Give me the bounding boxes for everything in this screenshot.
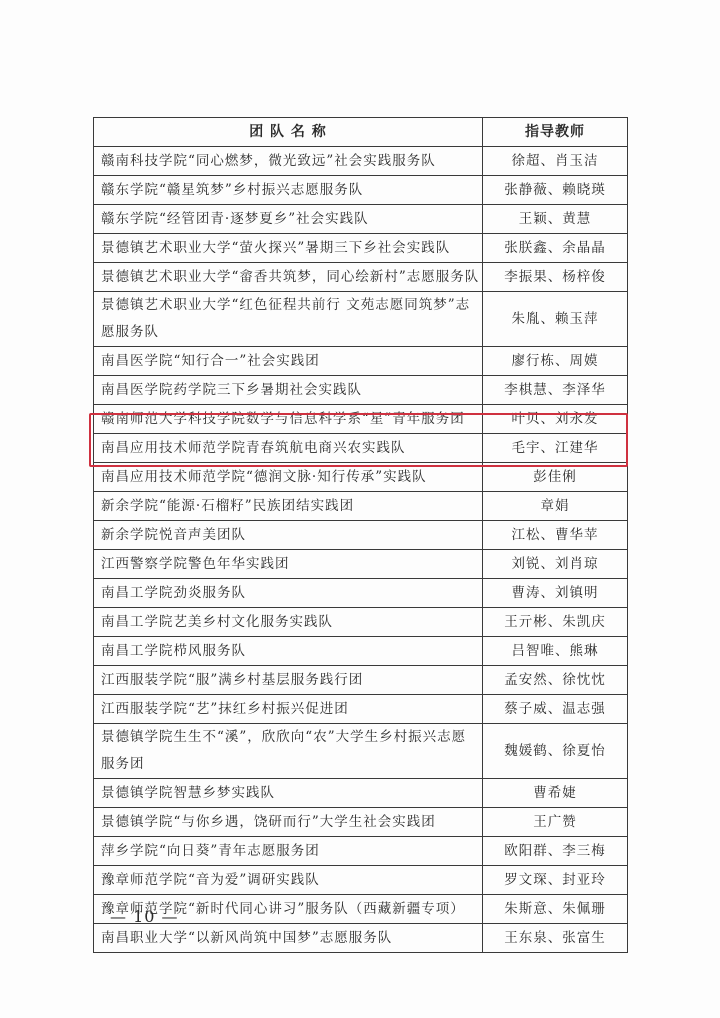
team-name-cell: 萍乡学院“向日葵”青年志愿服务团 xyxy=(94,837,483,866)
teacher-cell: 廖行栋、周嫫 xyxy=(483,347,628,376)
team-name-cell: 新余学院悦音声美团队 xyxy=(94,521,483,550)
table-row: 南昌工学院艺美乡村文化服务实践队王亓彬、朱凯庆 xyxy=(94,608,628,637)
team-name-cell: 景德镇学院“与你乡遇，饶研而行”大学生社会实践团 xyxy=(94,808,483,837)
team-name-cell: 南昌工学院艺美乡村文化服务实践队 xyxy=(94,608,483,637)
teacher-cell: 李棋慧、李泽华 xyxy=(483,376,628,405)
table-row: 景德镇艺术职业大学“萤火探兴”暑期三下乡社会实践队张朕鑫、余晶晶 xyxy=(94,234,628,263)
teacher-cell: 江松、曹华苹 xyxy=(483,521,628,550)
teacher-cell: 徐超、肖玉洁 xyxy=(483,147,628,176)
table-row: 新余学院“能源·石榴籽”民族团结实践团章娟 xyxy=(94,492,628,521)
team-name-cell: 景德镇艺术职业大学“萤火探兴”暑期三下乡社会实践队 xyxy=(94,234,483,263)
teacher-cell: 欧阳群、李三梅 xyxy=(483,837,628,866)
team-name-cell: 新余学院“能源·石榴籽”民族团结实践团 xyxy=(94,492,483,521)
table-row: 江西服装学院“艺”抹红乡村振兴促进团蔡子威、温志强 xyxy=(94,695,628,724)
team-name-cell: 南昌医学院药学院三下乡暑期社会实践队 xyxy=(94,376,483,405)
team-name-cell: 景德镇学院生生不“溪”，欣欣向“农”大学生乡村振兴志愿服务团 xyxy=(94,724,483,779)
table-row: 豫章师范学院“音为爱”调研实践队罗文琛、封亚玲 xyxy=(94,866,628,895)
team-name-cell: 赣东学院“经管团青·逐梦夏乡”社会实践队 xyxy=(94,205,483,234)
table-row: 景德镇学院“与你乡遇，饶研而行”大学生社会实践团王广赞 xyxy=(94,808,628,837)
table-row: 江西服装学院“服”满乡村基层服务践行团孟安然、徐忱忱 xyxy=(94,666,628,695)
teacher-cell: 毛宇、江建华 xyxy=(483,434,628,463)
team-name-cell: 江西警察学院警色年华实践团 xyxy=(94,550,483,579)
teacher-cell: 张朕鑫、余晶晶 xyxy=(483,234,628,263)
table-row: 赣东学院“经管团青·逐梦夏乡”社会实践队王颖、黄慧 xyxy=(94,205,628,234)
teacher-cell: 曹希婕 xyxy=(483,779,628,808)
table-row: 赣南师范大学科技学院数学与信息科学系“星”青年服务团叶贝、刘永发 xyxy=(94,405,628,434)
teacher-cell: 刘锐、刘肖琼 xyxy=(483,550,628,579)
team-name-cell: 赣东学院“赣星筑梦”乡村振兴志愿服务队 xyxy=(94,176,483,205)
team-name-cell: 南昌应用技术师范学院“德润文脉·知行传承”实践队 xyxy=(94,463,483,492)
team-name-cell: 景德镇学院智慧乡梦实践队 xyxy=(94,779,483,808)
table-row: 赣南科技学院“同心燃梦，微光致远”社会实践服务队徐超、肖玉洁 xyxy=(94,147,628,176)
teacher-cell: 王东泉、张富生 xyxy=(483,924,628,953)
team-name-cell: 江西服装学院“艺”抹红乡村振兴促进团 xyxy=(94,695,483,724)
teacher-cell: 曹涛、刘镇明 xyxy=(483,579,628,608)
teacher-cell: 吕智唯、熊琳 xyxy=(483,637,628,666)
team-name-cell: 南昌应用技术师范学院青春筑航电商兴农实践队 xyxy=(94,434,483,463)
table-header-row: 团 队 名 称 指导教师 xyxy=(94,118,628,147)
table-row: 景德镇艺术职业大学“畲香共筑梦，同心绘新村”志愿服务队李振果、杨梓俊 xyxy=(94,263,628,292)
table-row: 景德镇艺术职业大学“红色征程共前行 文苑志愿同筑梦”志愿服务队朱胤、赖玉萍 xyxy=(94,292,628,347)
table-row: 萍乡学院“向日葵”青年志愿服务团欧阳群、李三梅 xyxy=(94,837,628,866)
table-body: 赣南科技学院“同心燃梦，微光致远”社会实践服务队徐超、肖玉洁赣东学院“赣星筑梦”… xyxy=(94,147,628,953)
team-name-cell: 南昌工学院栉风服务队 xyxy=(94,637,483,666)
table-row: 南昌医学院药学院三下乡暑期社会实践队李棋慧、李泽华 xyxy=(94,376,628,405)
teacher-cell: 彭佳俐 xyxy=(483,463,628,492)
teacher-cell: 孟安然、徐忱忱 xyxy=(483,666,628,695)
team-name-cell: 南昌医学院“知行合一”社会实践团 xyxy=(94,347,483,376)
teacher-cell: 罗文琛、封亚玲 xyxy=(483,866,628,895)
team-name-cell: 赣南师范大学科技学院数学与信息科学系“星”青年服务团 xyxy=(94,405,483,434)
table-row: 南昌应用技术师范学院青春筑航电商兴农实践队毛宇、江建华 xyxy=(94,434,628,463)
table-row: 新余学院悦音声美团队江松、曹华苹 xyxy=(94,521,628,550)
teacher-cell: 蔡子威、温志强 xyxy=(483,695,628,724)
table-row: 南昌应用技术师范学院“德润文脉·知行传承”实践队彭佳俐 xyxy=(94,463,628,492)
teacher-cell: 李振果、杨梓俊 xyxy=(483,263,628,292)
teacher-cell: 叶贝、刘永发 xyxy=(483,405,628,434)
teacher-cell: 魏媛鹤、徐夏怡 xyxy=(483,724,628,779)
teacher-cell: 朱胤、赖玉萍 xyxy=(483,292,628,347)
table-row: 南昌职业大学“以新风尚筑中国梦”志愿服务队王东泉、张富生 xyxy=(94,924,628,953)
teacher-cell: 朱斯意、朱佩珊 xyxy=(483,895,628,924)
team-table: 团 队 名 称 指导教师 赣南科技学院“同心燃梦，微光致远”社会实践服务队徐超、… xyxy=(93,117,628,953)
teacher-cell: 王颖、黄慧 xyxy=(483,205,628,234)
team-name-cell: 景德镇艺术职业大学“红色征程共前行 文苑志愿同筑梦”志愿服务队 xyxy=(94,292,483,347)
header-team-name: 团 队 名 称 xyxy=(94,118,483,147)
team-name-cell: 豫章师范学院“音为爱”调研实践队 xyxy=(94,866,483,895)
team-name-cell: 南昌职业大学“以新风尚筑中国梦”志愿服务队 xyxy=(94,924,483,953)
page-number: — 10 — xyxy=(110,907,179,926)
table-row: 景德镇学院生生不“溪”，欣欣向“农”大学生乡村振兴志愿服务团魏媛鹤、徐夏怡 xyxy=(94,724,628,779)
teacher-cell: 张静薇、赖晓瑛 xyxy=(483,176,628,205)
teacher-cell: 王亓彬、朱凯庆 xyxy=(483,608,628,637)
table-row: 南昌工学院栉风服务队吕智唯、熊琳 xyxy=(94,637,628,666)
table-row: 南昌医学院“知行合一”社会实践团廖行栋、周嫫 xyxy=(94,347,628,376)
header-teacher: 指导教师 xyxy=(483,118,628,147)
table-row: 江西警察学院警色年华实践团刘锐、刘肖琼 xyxy=(94,550,628,579)
team-name-cell: 江西服装学院“服”满乡村基层服务践行团 xyxy=(94,666,483,695)
team-name-cell: 赣南科技学院“同心燃梦，微光致远”社会实践服务队 xyxy=(94,147,483,176)
table-row: 景德镇学院智慧乡梦实践队曹希婕 xyxy=(94,779,628,808)
document-page: 团 队 名 称 指导教师 赣南科技学院“同心燃梦，微光致远”社会实践服务队徐超、… xyxy=(0,0,720,1018)
table-row: 南昌工学院劲炎服务队曹涛、刘镇明 xyxy=(94,579,628,608)
teacher-cell: 章娟 xyxy=(483,492,628,521)
teacher-cell: 王广赞 xyxy=(483,808,628,837)
team-name-cell: 景德镇艺术职业大学“畲香共筑梦，同心绘新村”志愿服务队 xyxy=(94,263,483,292)
table-row: 赣东学院“赣星筑梦”乡村振兴志愿服务队张静薇、赖晓瑛 xyxy=(94,176,628,205)
team-name-cell: 南昌工学院劲炎服务队 xyxy=(94,579,483,608)
